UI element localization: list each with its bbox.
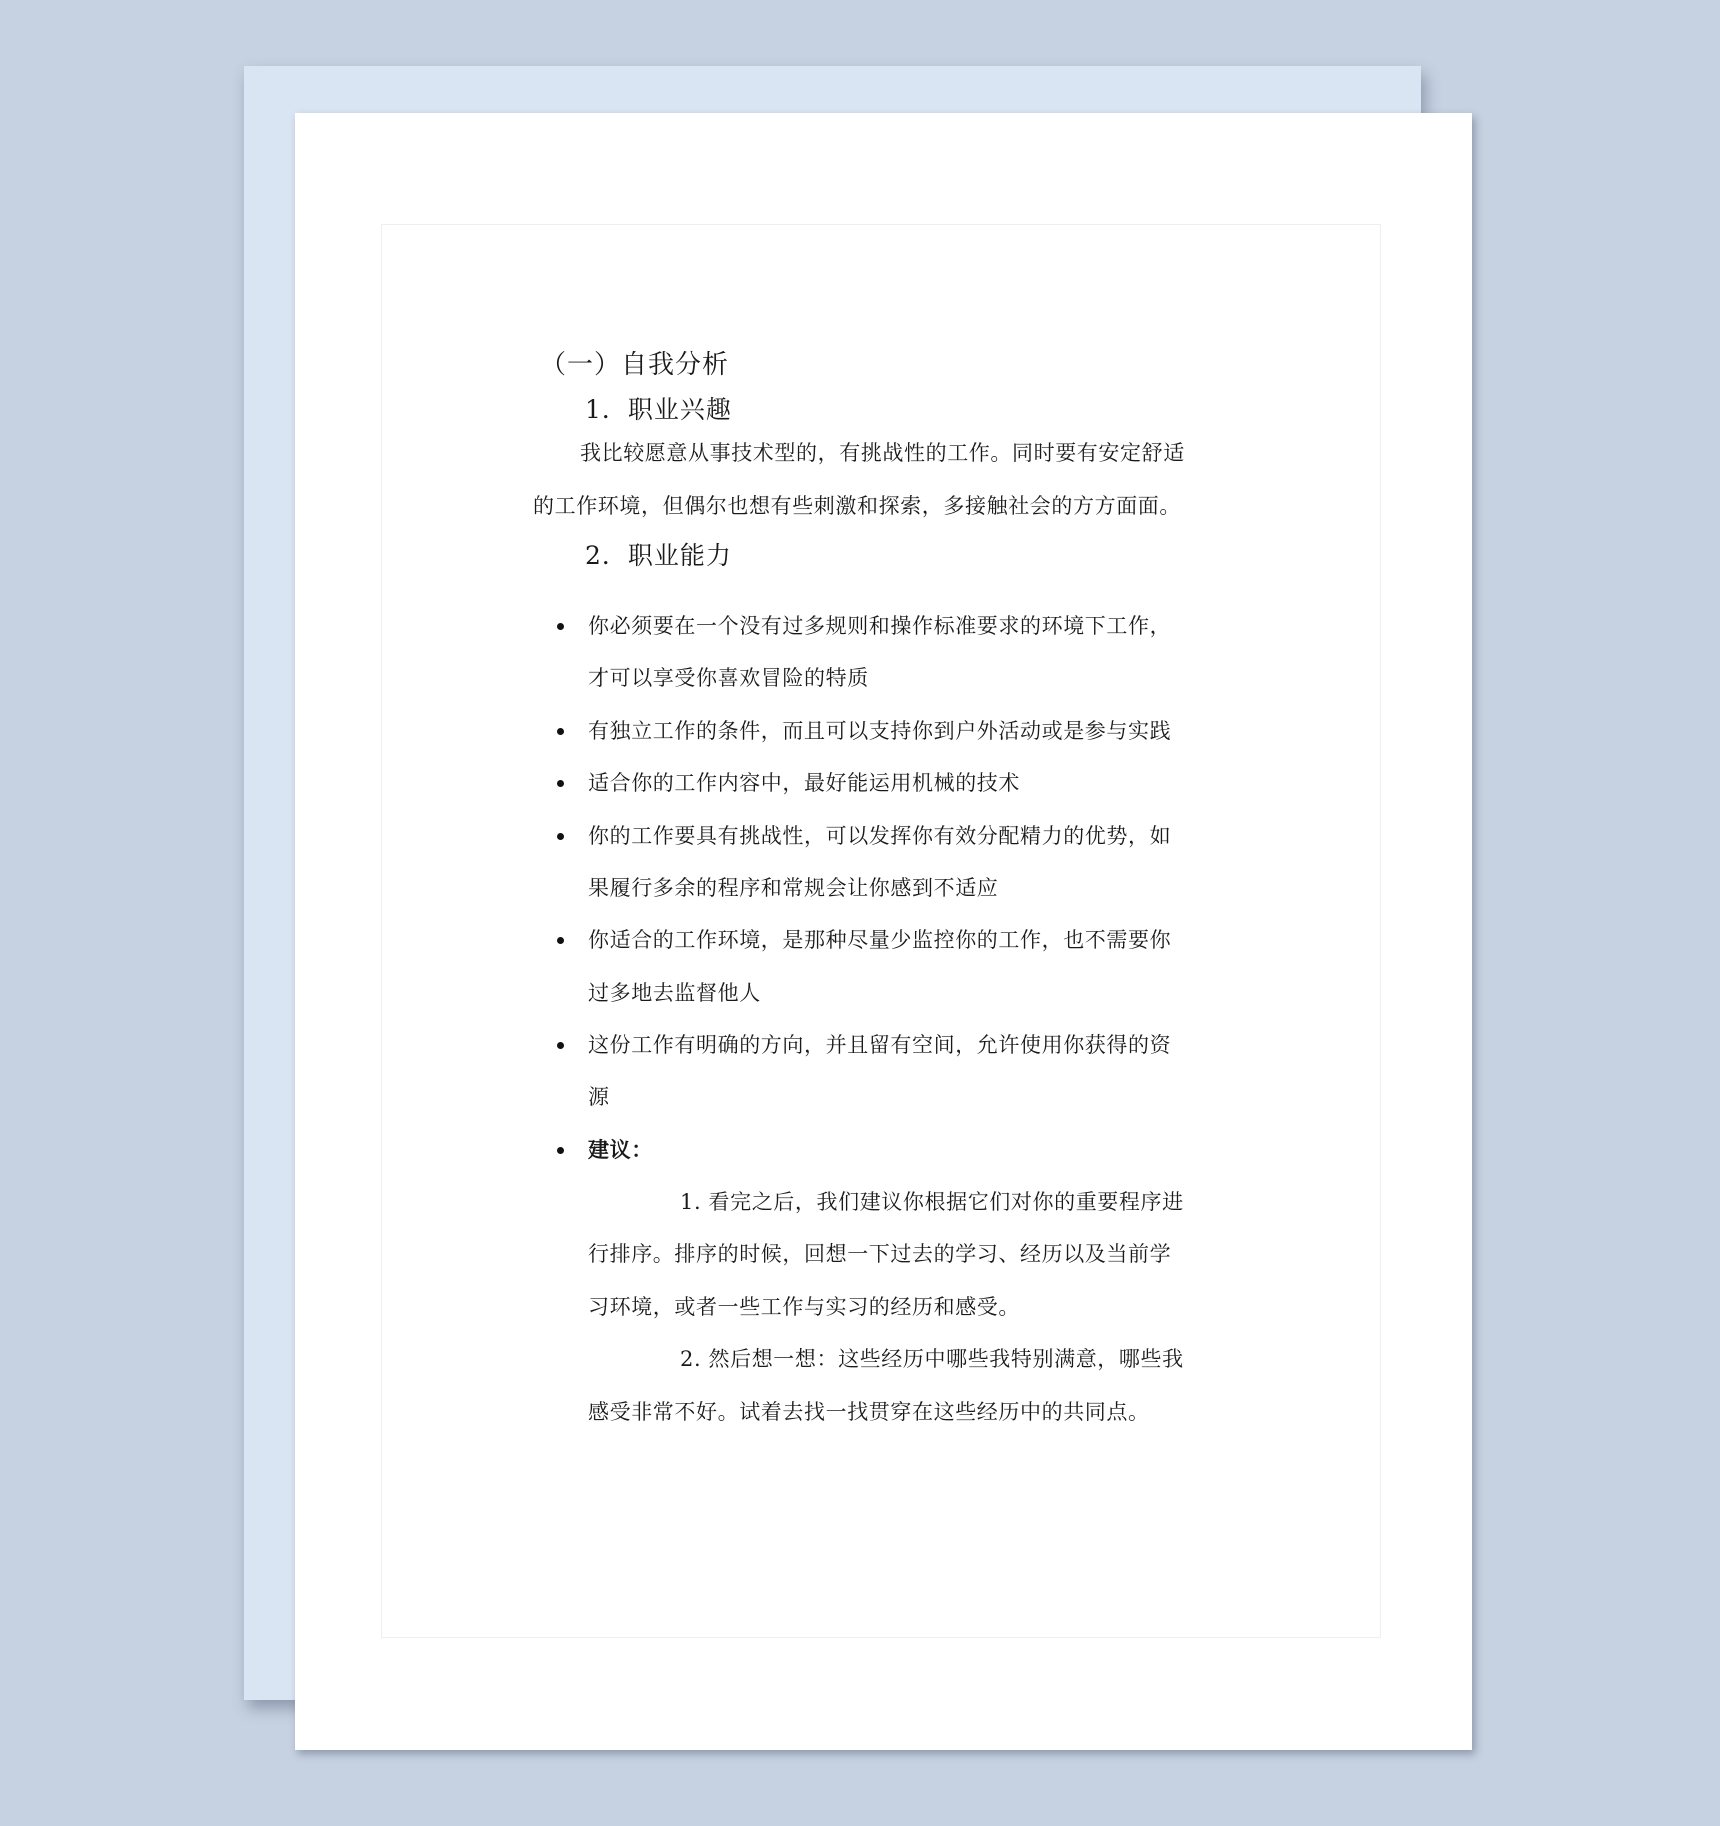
ability-bullet-5-line-1: 你适合的工作环境，是那种尽量少监控你的工作，也不需要你 bbox=[588, 926, 1171, 954]
ability-bullet-4-line-2: 果履行多余的程序和常规会让你感到不适应 bbox=[588, 874, 998, 902]
advice-item-2-line-2: 感受非常不好。试着去找一找贯穿在这些经历中的共同点。 bbox=[588, 1398, 1150, 1426]
interest-paragraph-line-2: 的工作环境，但偶尔也想有些刺激和探索，多接触社会的方方面面。 bbox=[533, 492, 1181, 520]
bullet-icon bbox=[557, 728, 564, 735]
advice-item-2-line-1: 2. 然后想一想：这些经历中哪些我特别满意，哪些我 bbox=[680, 1345, 1184, 1373]
ability-bullet-6-line-2: 源 bbox=[588, 1083, 610, 1111]
bullet-icon bbox=[557, 937, 564, 944]
ability-bullet-2-line-1: 有独立工作的条件，而且可以支持你到户外活动或是参与实践 bbox=[588, 717, 1171, 745]
bullet-icon bbox=[557, 833, 564, 840]
advice-label: 建议： bbox=[588, 1136, 653, 1164]
advice-item-1-line-2: 行排序。排序的时候，回想一下过去的学习、经历以及当前学 bbox=[588, 1240, 1171, 1268]
ability-bullet-5-line-2: 过多地去监督他人 bbox=[588, 979, 761, 1007]
ability-bullet-3-line-1: 适合你的工作内容中，最好能运用机械的技术 bbox=[588, 769, 1020, 797]
bullet-icon bbox=[557, 623, 564, 630]
interest-paragraph-line-1: 我比较愿意从事技术型的，有挑战性的工作。同时要有安定舒适 bbox=[580, 439, 1185, 467]
ability-bullet-4-line-1: 你的工作要具有挑战性，可以发挥你有效分配精力的优势，如 bbox=[588, 822, 1171, 850]
interest-title: 1．职业兴趣 bbox=[585, 396, 732, 424]
ability-title: 2．职业能力 bbox=[585, 542, 732, 570]
ability-bullet-1-line-1: 你必须要在一个没有过多规则和操作标准要求的环境下工作， bbox=[588, 612, 1171, 640]
section-title: （一）自我分析 bbox=[540, 351, 729, 379]
bullet-icon bbox=[557, 1147, 564, 1154]
advice-item-1-line-1: 1. 看完之后，我们建议你根据它们对你的重要程序进 bbox=[680, 1188, 1184, 1216]
bullet-icon bbox=[557, 780, 564, 787]
ability-bullet-6-line-1: 这份工作有明确的方向，并且留有空间，允许使用你获得的资 bbox=[588, 1031, 1171, 1059]
ability-bullet-1-line-2: 才可以享受你喜欢冒险的特质 bbox=[588, 664, 869, 692]
advice-item-1-line-3: 习环境，或者一些工作与实习的经历和感受。 bbox=[588, 1293, 1020, 1321]
bullet-icon bbox=[557, 1042, 564, 1049]
